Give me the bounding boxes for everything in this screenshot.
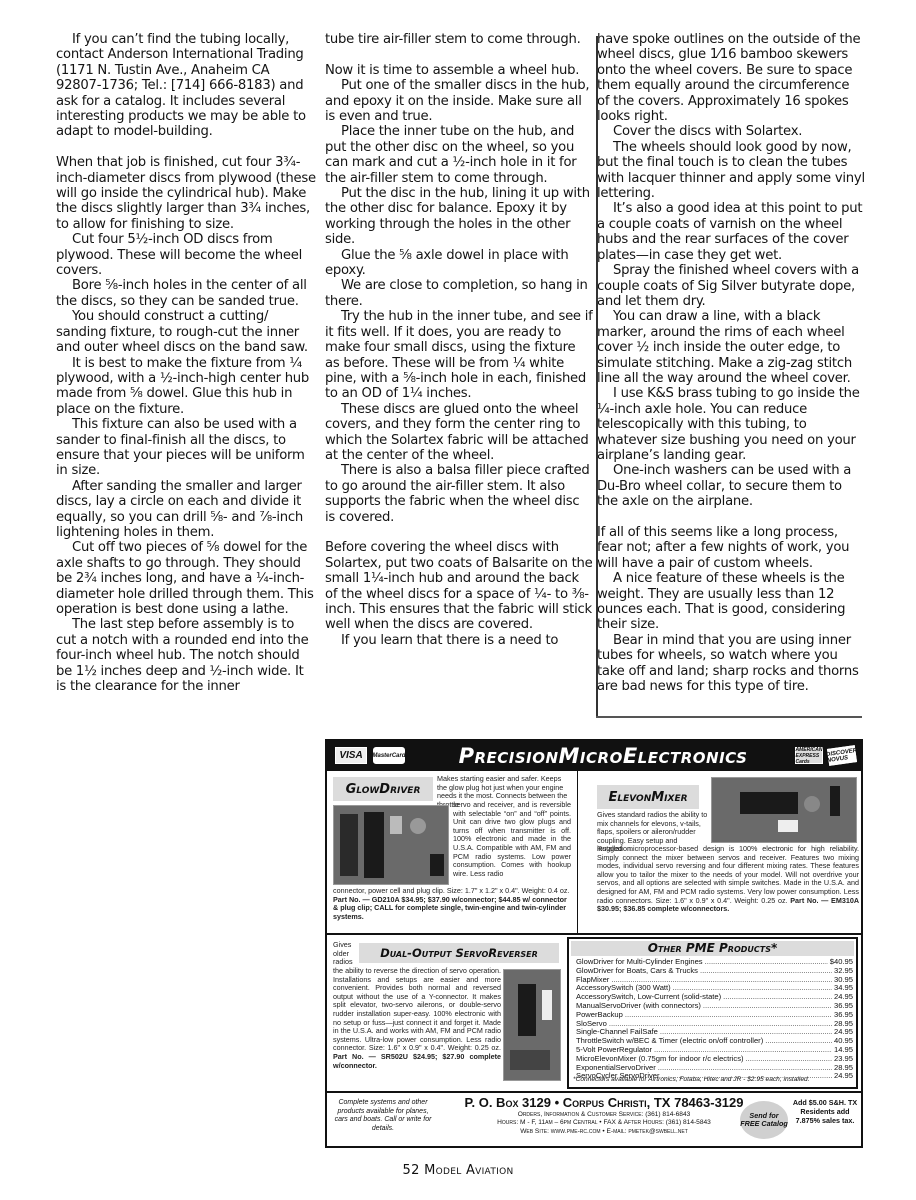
paragraph: You can draw a line, with a black marker… — [597, 309, 865, 386]
paragraph: Cut off two pieces of ⅝ dowel for the ax… — [56, 540, 316, 617]
ad-title: PrecisionMicroElectronics — [423, 744, 783, 768]
amex-card-icon: AMERICAN EXPRESS Cards — [795, 747, 823, 764]
price-row: ExponentialServoDriver28.95 — [576, 1064, 853, 1073]
page-number: 52 — [403, 1163, 420, 1178]
product-name: FlapMixer — [576, 976, 611, 985]
other-products-box: Other PME Products* GlowDriver for Multi… — [567, 937, 858, 1089]
page-footer: 52 Model Aviation — [0, 1163, 916, 1178]
paragraph: If you can’t find the tubing locally, co… — [56, 32, 316, 140]
connectors-note: *Connectors available for Airtronics, Fu… — [573, 1076, 856, 1083]
product-price: $40.95 — [828, 958, 853, 967]
product-price: 30.95 — [832, 976, 853, 985]
leader-dots — [746, 1055, 832, 1064]
product-name: MicroElevonMixer (0.75gm for indoor r/c … — [576, 1055, 746, 1064]
complete-systems-note: Complete systems and other products avai… — [333, 1099, 433, 1133]
leader-dots — [658, 1064, 832, 1073]
paragraph: Cut four 5½-inch OD discs from plywood. … — [56, 232, 316, 278]
free-catalog-text: Send for FREE Catalog — [740, 1112, 788, 1129]
ad-divider — [577, 771, 578, 933]
product-price: 23.95 — [832, 1055, 853, 1064]
paragraph: After sanding the smaller and larger dis… — [56, 479, 316, 541]
paragraph: I use K&S brass tubing to go inside the … — [597, 386, 865, 463]
paragraph: Place the inner tube on the hub, and put… — [325, 124, 593, 186]
paragraph: These discs are glued onto the wheel cov… — [325, 402, 593, 464]
paragraph: It’s also a good idea at this point to p… — [597, 201, 865, 263]
paragraph: Bear in mind that you are using inner tu… — [597, 633, 865, 695]
product-name: PowerBackup — [576, 1011, 625, 1020]
ad-divider — [327, 933, 861, 935]
product-price: 36.95 — [832, 1011, 853, 1020]
product-name: SloServo — [576, 1020, 609, 1029]
paragraph: There is also a balsa filler piece craft… — [325, 463, 593, 525]
pme-advertisement: VISA MasterCard PrecisionMicroElectronic… — [325, 739, 863, 1148]
product-name: ThrottleSwitch w/BEC & Timer (electric o… — [576, 1037, 765, 1046]
price-row: MicroElevonMixer (0.75gm for indoor r/c … — [576, 1055, 853, 1064]
contact-info: Orders, Information & Customer Service: … — [439, 1111, 769, 1136]
glowdriver-part: Part No. — GD210A $34.95; $37.90 w/conne… — [333, 895, 567, 921]
leader-dots — [765, 1037, 832, 1046]
product-price: 28.95 — [832, 1020, 853, 1029]
paragraph: You should construct a cutting/ sanding … — [56, 309, 316, 355]
elevonmixer-photo — [711, 777, 857, 843]
mailing-address: P. O. Box 3129 • Corpus Christi, TX 7846… — [439, 1095, 769, 1110]
price-row: Single-Channel FailSafe24.95 — [576, 1028, 853, 1037]
product-price: 14.95 — [832, 1046, 853, 1055]
hours-fax: Hours: M - F, 11am – 6pm Central • FAX &… — [439, 1119, 769, 1127]
discover-card-icon: DISCOVER NOVUS — [827, 745, 857, 766]
paragraph: tube tire air-filler stem to come throug… — [325, 32, 593, 47]
product-price: 28.95 — [832, 1064, 853, 1073]
product-price: 34.95 — [832, 984, 853, 993]
paragraph: If you learn that there is a need to — [325, 633, 593, 648]
leader-dots — [673, 984, 832, 993]
product-name: AccessorySwitch, Low-Current (solid-stat… — [576, 993, 723, 1002]
product-name: ManualServoDriver (with connectors) — [576, 1002, 703, 1011]
paragraph: have spoke outlines on the outside of th… — [597, 32, 865, 124]
paragraph: The wheels should look good by now, but … — [597, 140, 865, 202]
paragraph: If all of this seems like a long process… — [597, 525, 865, 571]
price-row: GlowDriver for Boats, Cars & Trucks32.95 — [576, 967, 853, 976]
paragraph: Bore ⅝-inch holes in the center of all t… — [56, 278, 316, 309]
paragraph: It is best to make the fixture from ¼ pl… — [56, 356, 316, 418]
paragraph: A nice feature of these wheels is the we… — [597, 571, 865, 633]
paragraph: Glue the ⅝ axle dowel in place with epox… — [325, 248, 593, 279]
elevonmixer-heading: ElevonMixer — [597, 785, 699, 809]
product-price: 24.95 — [832, 993, 853, 1002]
product-name: ExponentialServoDriver — [576, 1064, 658, 1073]
product-name: Single-Channel FailSafe — [576, 1028, 660, 1037]
glowdriver-heading: GlowDriver — [333, 777, 433, 801]
paragraph: Put one of the smaller discs in the hub,… — [325, 78, 593, 124]
price-row: 5-Volt PowerRegulator14.95 — [576, 1046, 853, 1055]
servoreverser-body: the ability to reverse the direction of … — [333, 966, 501, 1052]
price-list: GlowDriver for Multi-Cylinder Engines$40… — [576, 958, 853, 1081]
product-name: GlowDriver for Boats, Cars & Trucks — [576, 967, 700, 976]
price-row: ThrottleSwitch w/BEC & Timer (electric o… — [576, 1037, 853, 1046]
other-products-heading: Other PME Products* — [571, 941, 854, 956]
paragraph: Try the hub in the inner tube, and see i… — [325, 309, 593, 401]
glowdriver-details: connector, power cell and plug clip. Siz… — [333, 887, 571, 921]
leader-dots — [654, 1046, 832, 1055]
elevonmixer-details: Rugged microprocessor-based design is 10… — [597, 845, 859, 914]
publication-name: Model Aviation — [424, 1163, 513, 1178]
price-row: AccessorySwitch (300 Watt)34.95 — [576, 984, 853, 993]
leader-dots — [660, 1028, 832, 1037]
column-rule-horizontal — [596, 716, 862, 718]
leader-dots — [625, 1011, 832, 1020]
paragraph: This fixture can also be used with a san… — [56, 417, 316, 479]
price-row: GlowDriver for Multi-Cylinder Engines$40… — [576, 958, 853, 967]
article-column-3: have spoke outlines on the outside of th… — [597, 32, 865, 694]
product-price: 40.95 — [832, 1037, 853, 1046]
paragraph: The last step before assembly is to cut … — [56, 617, 316, 694]
product-price: 32.95 — [832, 967, 853, 976]
product-name: GlowDriver for Multi-Cylinder Engines — [576, 958, 705, 967]
ad-banner: VISA MasterCard PrecisionMicroElectronic… — [327, 741, 861, 771]
product-name: 5-Volt PowerRegulator — [576, 1046, 654, 1055]
servoreverser-part: Part No. — SR502U $24.95; $27.90 complet… — [333, 1052, 501, 1070]
servoreverser-details: the ability to reverse the direction of … — [333, 967, 501, 1070]
paragraph: Now it is time to assemble a wheel hub. — [325, 63, 593, 78]
web-email: Web Site: www.pme-rc.com • E-mail: pmete… — [439, 1128, 769, 1136]
servoreverser-photo — [503, 969, 561, 1081]
price-row: PowerBackup36.95 — [576, 1011, 853, 1020]
mastercard-icon: MasterCard — [373, 747, 405, 764]
article-column-1: If you can’t find the tubing locally, co… — [56, 32, 316, 694]
paragraph: When that job is finished, cut four 3¾-i… — [56, 155, 316, 232]
paragraph: Cover the discs with Solartex. — [597, 124, 865, 139]
glowdriver-body: servo and receiver, and is reversible wi… — [453, 801, 571, 878]
article-column-2: tube tire air-filler stem to come throug… — [325, 32, 593, 648]
paragraph: Put the disc in the hub, lining it up wi… — [325, 186, 593, 248]
glowdriver-photo — [333, 805, 449, 885]
leader-dots — [723, 993, 832, 1002]
paragraph: Spray the finished wheel covers with a c… — [597, 263, 865, 309]
column-rule-vertical — [596, 36, 598, 718]
servoreverser-heading: Dual-Output ServoReverser — [359, 943, 559, 963]
free-catalog-badge: Send for FREE Catalog — [740, 1101, 788, 1139]
paragraph: We are close to completion, so hang in t… — [325, 278, 593, 309]
price-row: ManualServoDriver (with connectors)36.95 — [576, 1002, 853, 1011]
price-row: AccessorySwitch, Low-Current (solid-stat… — [576, 993, 853, 1002]
paragraph: Before covering the wheel discs with Sol… — [325, 540, 593, 632]
leader-dots — [611, 976, 832, 985]
product-price: 36.95 — [832, 1002, 853, 1011]
ad-footer: Complete systems and other products avai… — [327, 1091, 861, 1146]
servoreverser-intro: Gives older radios — [333, 941, 357, 967]
product-name: AccessorySwitch (300 Watt) — [576, 984, 673, 993]
orders-phone: Orders, Information & Customer Service: … — [439, 1111, 769, 1119]
leader-dots — [705, 958, 828, 967]
paragraph: One-inch washers can be used with a Du-B… — [597, 463, 865, 509]
product-price: 24.95 — [832, 1028, 853, 1037]
leader-dots — [700, 967, 832, 976]
price-row: SloServo28.95 — [576, 1020, 853, 1029]
shipping-tax-note: Add $5.00 S&H. TX Residents add 7.875% s… — [792, 1099, 858, 1125]
visa-card-icon: VISA — [335, 747, 367, 764]
price-row: FlapMixer30.95 — [576, 976, 853, 985]
leader-dots — [609, 1020, 832, 1029]
leader-dots — [703, 1002, 832, 1011]
